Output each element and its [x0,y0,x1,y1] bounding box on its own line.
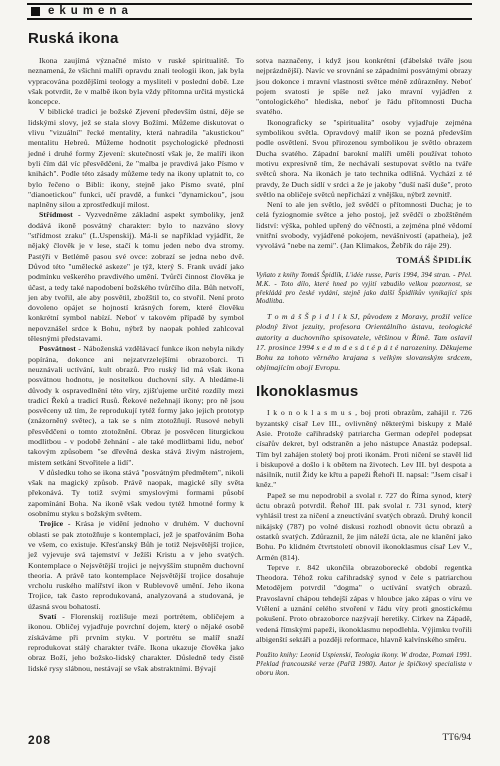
author-name: TOMÁŠ ŠPIDLÍK [256,255,472,265]
paragraph-lead: Posvátnost [39,344,76,353]
article-title-ruska-ikona: Ruská ikona [28,31,244,47]
section-label: ekumena [48,5,133,17]
paragraph-ikonoklasmus-1: I k o n o k l a s m u s , boj proti obra… [256,408,472,490]
paragraph-ikonoklasmus-3: Teprve r. 842 ukončila obrazoborecké obd… [256,563,472,645]
paragraph-intro: Ikona zaujímá význačné místo v ruské spi… [28,56,244,107]
paragraph-lead: Svatí [39,612,56,621]
source-note-ruska-ikona: Vyňato z knihy Tomáš Špidlík, L'idée rus… [256,271,472,306]
paragraph-text: - Krása je vidění jednoho v druhém. V du… [28,519,244,610]
paragraph-text: V biblické tradici je božské Zjevení pře… [28,107,244,209]
article-title-ikonoklasmus: Ikonoklasmus [256,384,472,400]
author-bio: T o m á š Š p i d l í k SJ, původem z Mo… [256,312,472,373]
paragraph-posvatny-predmet: V důsledku toho se ikona stává "posvátný… [28,468,244,519]
paragraph-ikonograficky: Ikonograficky se "spiritualita" osoby vy… [256,118,472,200]
issue-code: TT6/94 [443,733,472,743]
paragraph-trojice: Trojice - Krása je vidění jednoho v druh… [28,519,244,612]
paragraph-biblicka-tradice: V biblické tradici je božské Zjevení pře… [28,107,244,210]
paragraph-text: - Florenskij rozlišuje mezi portrétem, o… [28,612,244,672]
magazine-page: ekumena Ruská ikona Ikona zaujímá význač… [0,0,500,766]
header-rule-bottom [27,18,472,20]
paragraph-lead: Trojice [39,519,63,528]
paragraph-lead: Střídmost [39,210,73,219]
source-note-ikonoklasmus: Použito knihy: Leonid Uspienski, Teologi… [256,651,472,677]
right-column: sotva naznačeny, i když jsou konkrétní (… [256,56,472,678]
section-square-icon [31,7,40,16]
section-masthead: ekumena [31,5,133,17]
paragraph-text: - Náboženská vzdělávací funkce ikon neby… [28,344,244,466]
paragraph-ikonoklasmus-2: Papež se mu nepodrobil a svolal r. 727 d… [256,491,472,563]
paragraph-text: Ikona zaujímá význačné místo v ruské spi… [28,56,244,106]
paragraph-svati: Svatí - Florenskij rozlišuje mezi portré… [28,612,244,674]
paragraph-text: - Vyzvedněme základní aspekt symboliky, … [28,210,244,343]
paragraph-stridmost: Střídmost - Vyzvedněme základní aspekt s… [28,210,244,344]
page-number: 208 [28,733,51,747]
paragraph-text: V důsledku toho se ikona stává "posvátný… [28,468,244,518]
paragraph-svetlo: Není to ale jen světlo, jež svědčí o pří… [256,200,472,251]
paragraph-posvatnost: Posvátnost - Náboženská vzdělávací funkc… [28,344,244,468]
left-column: Ruská ikona Ikona zaujímá význačné místo… [28,31,244,674]
paragraph-continuation: sotva naznačeny, i když jsou konkrétní (… [256,56,472,118]
